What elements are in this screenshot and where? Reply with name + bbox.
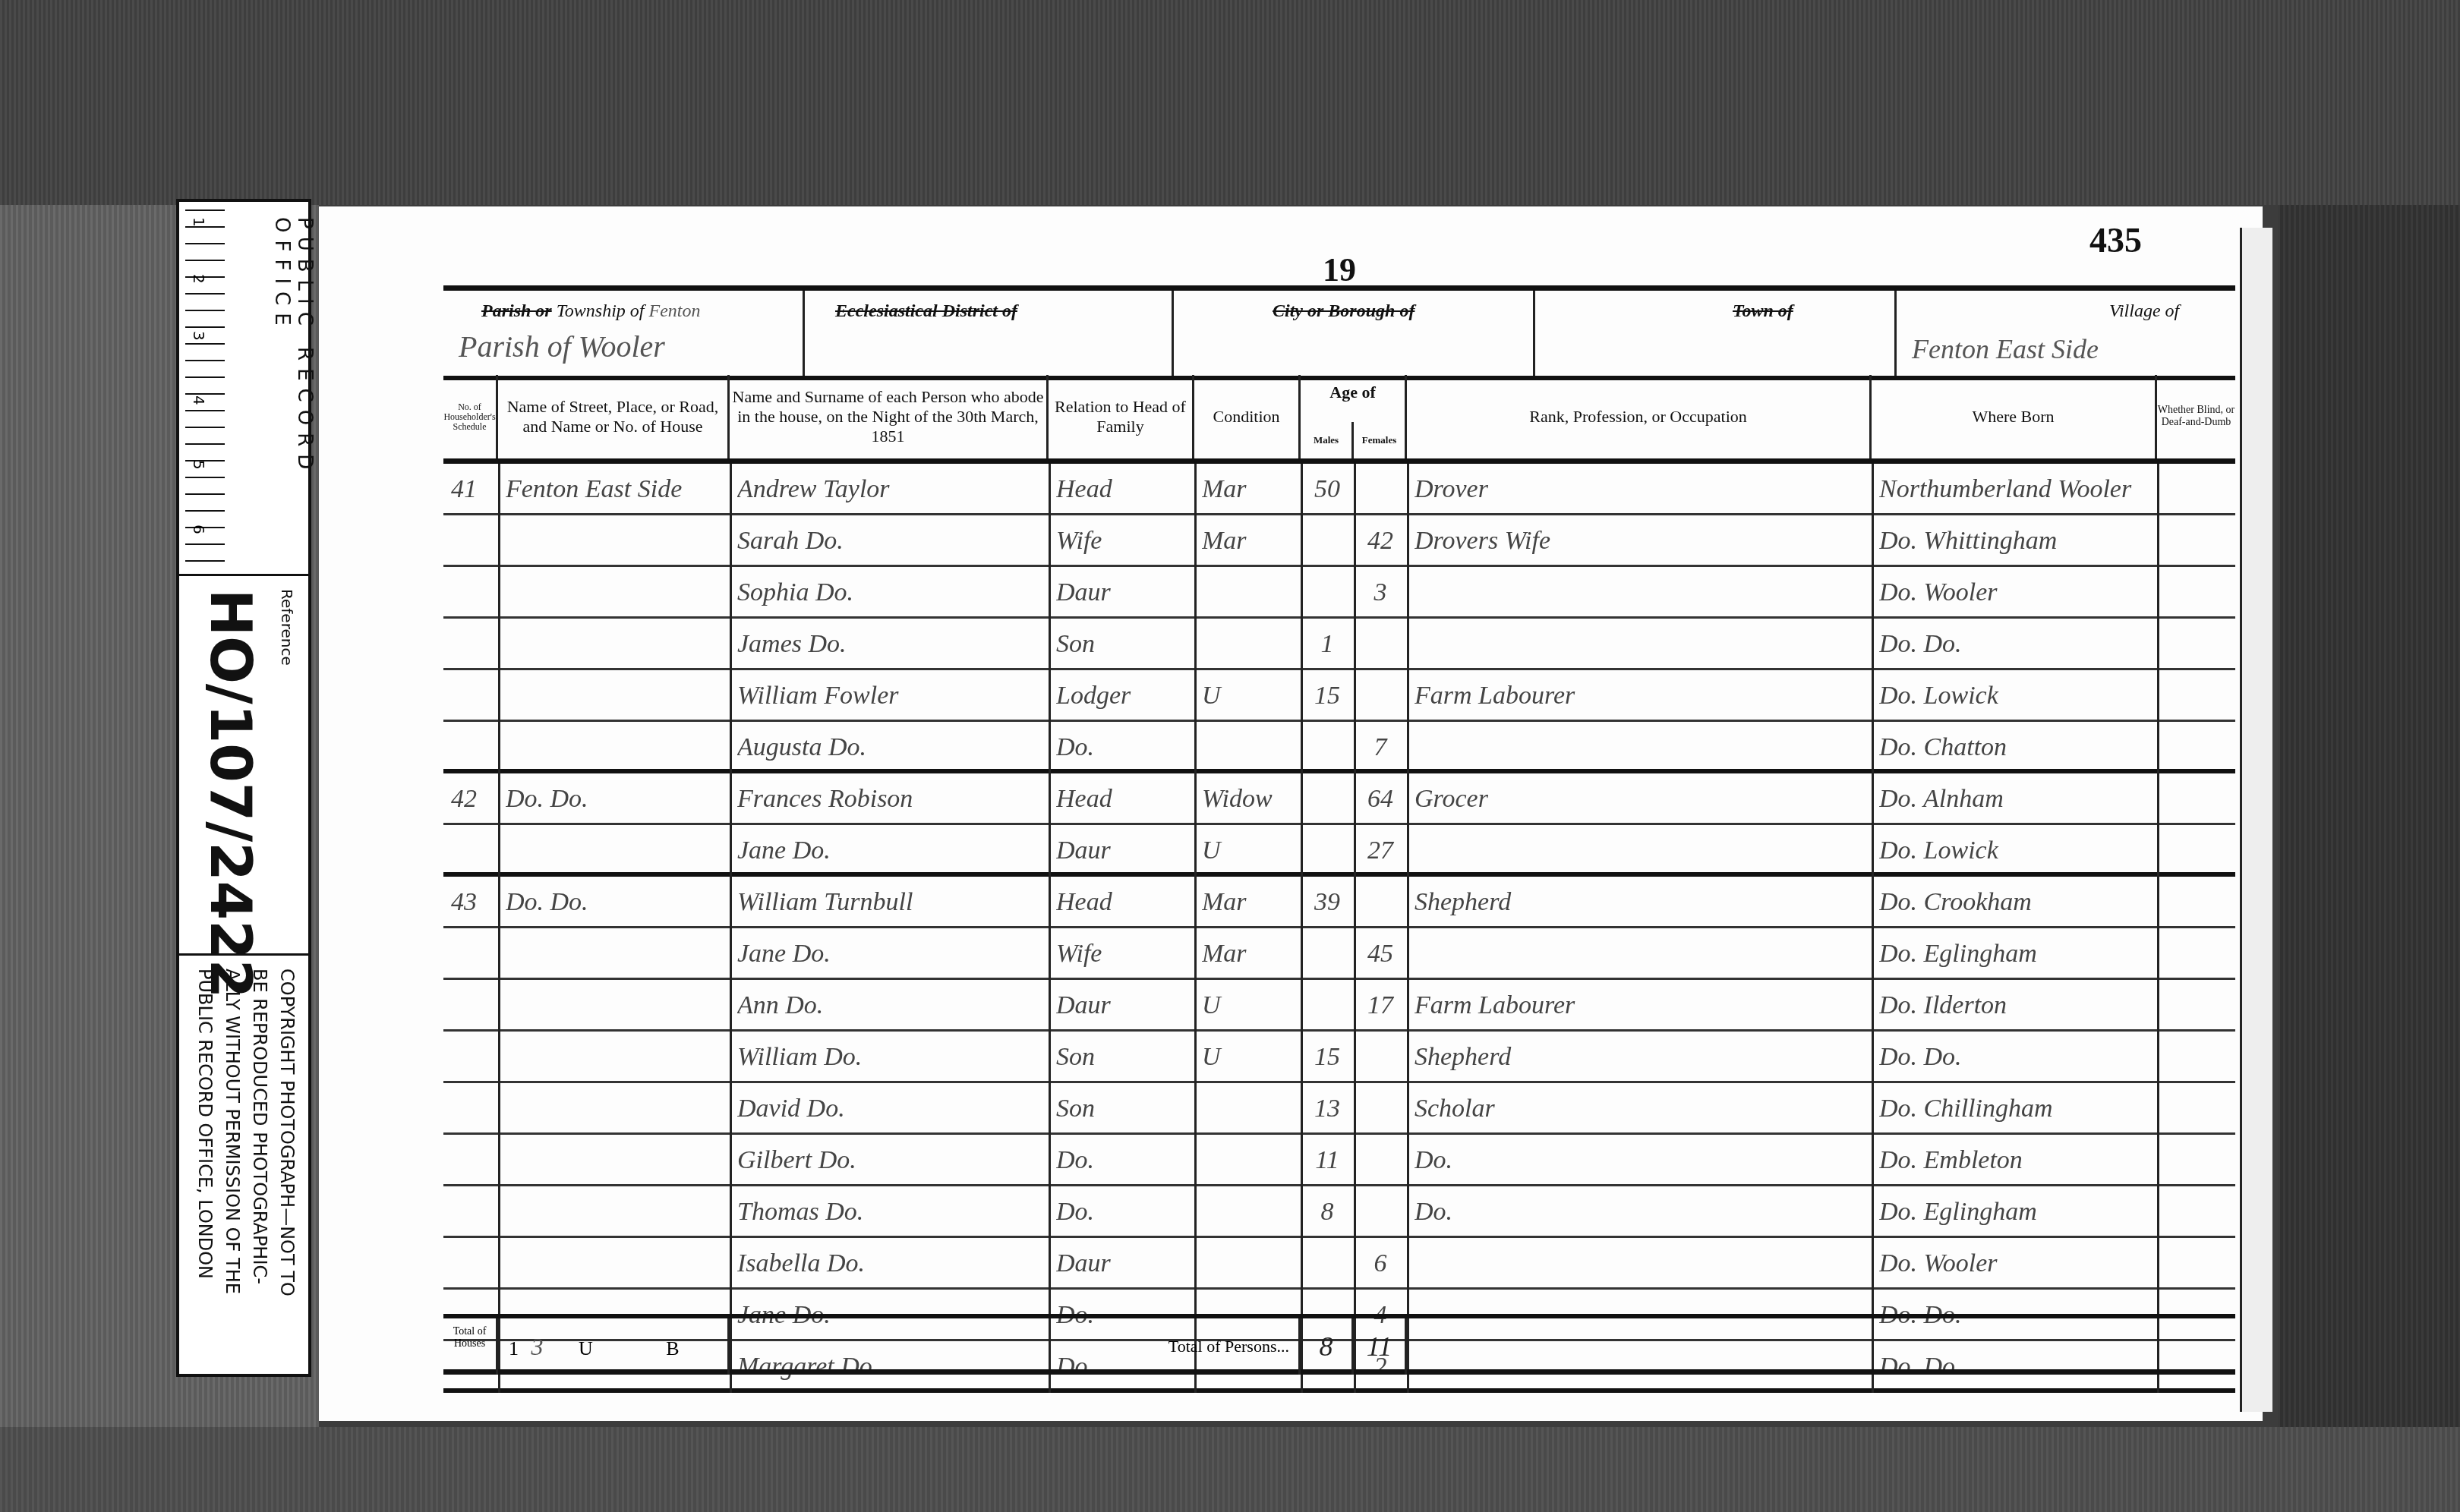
- col-name: Name and Surname of each Person who abod…: [730, 375, 1049, 458]
- street-cell: [506, 722, 727, 773]
- condition-cell: Mar: [1202, 877, 1298, 928]
- name-cell: Sarah Do.: [737, 515, 1045, 567]
- birthplace-cell: Northumberland Wooler: [1879, 464, 2154, 515]
- col-males: Males: [1301, 422, 1354, 458]
- birthplace-cell: Do. Wooler: [1879, 567, 2154, 619]
- birthplace-cell: Do. Do.: [1879, 619, 2154, 670]
- street-cell: Do. Do.: [506, 773, 727, 825]
- male-age-cell: 50: [1301, 464, 1354, 515]
- female-age-cell: 7: [1354, 722, 1407, 773]
- occupation-cell: [1414, 825, 1869, 877]
- male-age-cell: [1301, 515, 1354, 567]
- column-divider: [498, 464, 500, 1393]
- copyright-notice: COPYRIGHT PHOTOGRAPH—NOT TO BE REPRODUCE…: [191, 969, 301, 1296]
- col-occupation: Rank, Profession, or Occupation: [1407, 375, 1872, 458]
- street-cell: [506, 1032, 727, 1083]
- relation-cell: Do.: [1056, 722, 1191, 773]
- table-row: Jane Do.WifeMar45Do. Eglingham: [443, 928, 2235, 980]
- birthplace-cell: Do. Do.: [1879, 1032, 2154, 1083]
- female-age-cell: [1354, 1083, 1407, 1135]
- condition-cell: [1202, 619, 1298, 670]
- female-age-cell: 6: [1354, 1238, 1407, 1290]
- males-total: 8: [1301, 1318, 1354, 1375]
- street-cell: [506, 980, 727, 1032]
- occupation-cell: Grocer: [1414, 773, 1869, 825]
- cm-6: 6: [190, 524, 208, 534]
- male-age-cell: [1301, 567, 1354, 619]
- name-cell: James Do.: [737, 619, 1045, 670]
- header-rule: [443, 458, 2235, 464]
- condition-cell: Mar: [1202, 464, 1298, 515]
- street-cell: [506, 1238, 727, 1290]
- female-age-cell: [1354, 1135, 1407, 1186]
- background-top: [0, 0, 2460, 205]
- condition-cell: [1202, 1186, 1298, 1238]
- condition-cell: U: [1202, 980, 1298, 1032]
- male-age-cell: [1301, 722, 1354, 773]
- relation-cell: Head: [1056, 773, 1191, 825]
- reference-value: HO/107/2422: [197, 589, 263, 998]
- female-age-cell: [1354, 670, 1407, 722]
- column-divider: [1407, 464, 1409, 1393]
- male-age-cell: [1301, 980, 1354, 1032]
- street-cell: [506, 619, 727, 670]
- schedule-cell: [451, 1032, 495, 1083]
- houses-inhabited-written: 3: [531, 1333, 544, 1360]
- column-divider: [1194, 464, 1197, 1393]
- occupation-cell: Drovers Wife: [1414, 515, 1869, 567]
- col-condition: Condition: [1194, 375, 1301, 458]
- name-cell: Jane Do.: [737, 825, 1045, 877]
- ruler: PUBLIC RECORD OFFICE 1 2 3 4 5 6: [179, 202, 308, 576]
- street-cell: [506, 928, 727, 980]
- folio-number: 19: [1323, 250, 1356, 289]
- occupation-cell: Farm Labourer: [1414, 980, 1869, 1032]
- reference-strip: PUBLIC RECORD OFFICE 1 2 3 4 5 6 Referen…: [176, 199, 311, 1377]
- occupation-cell: Shepherd: [1414, 1032, 1869, 1083]
- col-blind: Whether Blind, or Deaf-and-Dumb: [2157, 375, 2235, 458]
- houses-label: Total of Houses: [443, 1318, 498, 1375]
- street-cell: [506, 825, 727, 877]
- occupation-cell: Drover: [1414, 464, 1869, 515]
- female-age-cell: 64: [1354, 773, 1407, 825]
- relation-cell: Daur: [1056, 1238, 1191, 1290]
- location-header: Parish or Township of Fenton Parish of W…: [443, 285, 2235, 380]
- ecclesiastical-label: Ecclesiastical District of: [835, 301, 1017, 322]
- condition-cell: [1202, 1083, 1298, 1135]
- copyright-box: COPYRIGHT PHOTOGRAPH—NOT TO BE REPRODUCE…: [179, 953, 308, 1378]
- village-label: Village of: [2109, 301, 2179, 322]
- birthplace-cell: Do. Whittingham: [1879, 515, 2154, 567]
- table-row: Sophia Do.Daur3Do. Wooler: [443, 567, 2235, 619]
- town-cell: Town of: [1535, 291, 1897, 376]
- occupation-cell: [1414, 928, 1869, 980]
- street-cell: [506, 1135, 727, 1186]
- houses-counts: 1 3 U B: [498, 1318, 730, 1375]
- occupation-cell: Farm Labourer: [1414, 670, 1869, 722]
- birthplace-cell: Do. Embleton: [1879, 1135, 2154, 1186]
- table-row: 43Do. Do.William TurnbullHeadMar39Shephe…: [443, 877, 2235, 928]
- occupation-cell: [1414, 1238, 1869, 1290]
- name-cell: Sophia Do.: [737, 567, 1045, 619]
- female-age-cell: 3: [1354, 567, 1407, 619]
- reference-label: Reference: [278, 589, 296, 666]
- table-row: 42Do. Do.Frances RobisonHeadWidow64Groce…: [443, 773, 2235, 825]
- name-cell: Isabella Do.: [737, 1238, 1045, 1290]
- occupation-cell: Shepherd: [1414, 877, 1869, 928]
- table-row: Gilbert Do.Do.11Do.Do. Embleton: [443, 1135, 2235, 1186]
- relation-cell: Daur: [1056, 980, 1191, 1032]
- column-divider: [1301, 464, 1303, 1393]
- female-age-cell: [1354, 877, 1407, 928]
- name-cell: William Turnbull: [737, 877, 1045, 928]
- birthplace-cell: Do. Chillingham: [1879, 1083, 2154, 1135]
- schedule-cell: [451, 722, 495, 773]
- street-cell: Do. Do.: [506, 877, 727, 928]
- birthplace-cell: Do. Eglingham: [1879, 928, 2154, 980]
- name-cell: Jane Do.: [737, 928, 1045, 980]
- relation-cell: Daur: [1056, 825, 1191, 877]
- name-cell: Ann Do.: [737, 980, 1045, 1032]
- birthplace-cell: Do. Wooler: [1879, 1238, 2154, 1290]
- city-cell: City or Borough of: [1174, 291, 1535, 376]
- relation-cell: Daur: [1056, 567, 1191, 619]
- city-label: City or Borough of: [1273, 301, 1414, 322]
- female-age-cell: 17: [1354, 980, 1407, 1032]
- table-row: Ann Do.DaurU17Farm LabourerDo. Ilderton: [443, 980, 2235, 1032]
- occupation-cell: Scholar: [1414, 1083, 1869, 1135]
- office-label: PUBLIC RECORD OFFICE: [270, 217, 316, 574]
- occupation-cell: [1414, 567, 1869, 619]
- condition-cell: U: [1202, 1032, 1298, 1083]
- column-divider: [1049, 464, 1051, 1393]
- column-divider: [2157, 464, 2159, 1393]
- male-age-cell: [1301, 825, 1354, 877]
- schedule-cell: [451, 567, 495, 619]
- birthplace-cell: Do. Lowick: [1879, 825, 2154, 877]
- houses-building: B: [666, 1337, 679, 1359]
- column-divider: [1872, 464, 1874, 1393]
- male-age-cell: 15: [1301, 670, 1354, 722]
- persons-label: Total of Persons...: [730, 1318, 1301, 1375]
- birthplace-cell: Do. Eglingham: [1879, 1186, 2154, 1238]
- table-row: Augusta Do.Do.7Do. Chatton: [443, 722, 2235, 773]
- relation-cell: Do.: [1056, 1135, 1191, 1186]
- schedule-cell: [451, 1135, 495, 1186]
- male-age-cell: 1: [1301, 619, 1354, 670]
- relation-cell: Son: [1056, 619, 1191, 670]
- occupation-cell: Do.: [1414, 1186, 1869, 1238]
- females-total: 11: [1354, 1318, 1407, 1375]
- col-females: Females: [1354, 422, 1407, 458]
- cm-1: 1: [190, 217, 208, 227]
- schedule-cell: [451, 1238, 495, 1290]
- male-age-cell: 39: [1301, 877, 1354, 928]
- relation-cell: Wife: [1056, 928, 1191, 980]
- table-row: Thomas Do.Do.8Do.Do. Eglingham: [443, 1186, 2235, 1238]
- relation-cell: Head: [1056, 877, 1191, 928]
- table-row: Jane Do.DaurU27Do. Lowick: [443, 825, 2235, 877]
- relation-cell: Son: [1056, 1083, 1191, 1135]
- condition-cell: U: [1202, 825, 1298, 877]
- cm-4: 4: [190, 395, 208, 405]
- name-cell: Augusta Do.: [737, 722, 1045, 773]
- table-row: Sarah Do.WifeMar42Drovers WifeDo. Whitti…: [443, 515, 2235, 567]
- houses-inhabited: 1: [509, 1337, 519, 1359]
- schedule-cell: [451, 515, 495, 567]
- col-street: Name of Street, Place, or Road, and Name…: [498, 375, 730, 458]
- name-cell: William Fowler: [737, 670, 1045, 722]
- ruler-ticks: [185, 209, 225, 566]
- female-age-cell: [1354, 619, 1407, 670]
- birthplace-cell: Do. Crookham: [1879, 877, 2154, 928]
- female-age-cell: [1354, 1186, 1407, 1238]
- street-cell: [506, 1186, 727, 1238]
- census-form: Parish or Township of Fenton Parish of W…: [443, 285, 2235, 1394]
- col-relation: Relation to Head of Family: [1049, 375, 1194, 458]
- cm-5: 5: [190, 460, 208, 470]
- schedule-cell: [451, 1186, 495, 1238]
- schedule-cell: [451, 1083, 495, 1135]
- name-cell: Gilbert Do.: [737, 1135, 1045, 1186]
- birthplace-cell: Do. Alnham: [1879, 773, 2154, 825]
- ecclesiastical-cell: Ecclesiastical District of: [805, 291, 1174, 376]
- street-cell: [506, 670, 727, 722]
- schedule-cell: [451, 670, 495, 722]
- condition-cell: [1202, 1135, 1298, 1186]
- village-value: Fenton East Side: [1912, 333, 2099, 365]
- male-age-cell: [1301, 928, 1354, 980]
- condition-cell: Mar: [1202, 515, 1298, 567]
- reference-box: Reference HO/107/2422: [179, 574, 308, 956]
- totals-row: Total of Houses 1 3 U B Total of Persons…: [443, 1314, 2235, 1375]
- street-cell: [506, 567, 727, 619]
- female-age-cell: 42: [1354, 515, 1407, 567]
- occupation-cell: [1414, 722, 1869, 773]
- schedule-cell: 41: [451, 464, 495, 515]
- table-row: James Do.Son1Do. Do.: [443, 619, 2235, 670]
- town-label: Town of: [1733, 301, 1793, 322]
- female-age-cell: 27: [1354, 825, 1407, 877]
- table-row: William Do.SonU15ShepherdDo. Do.: [443, 1032, 2235, 1083]
- relation-cell: Son: [1056, 1032, 1191, 1083]
- name-cell: Andrew Taylor: [737, 464, 1045, 515]
- condition-cell: [1202, 1238, 1298, 1290]
- condition-cell: U: [1202, 670, 1298, 722]
- village-cell: Village of Fenton East Side: [1897, 291, 2235, 376]
- schedule-cell: 43: [451, 877, 495, 928]
- female-age-cell: [1354, 464, 1407, 515]
- background-right: [2278, 205, 2460, 1512]
- cm-2: 2: [190, 274, 208, 284]
- male-age-cell: 15: [1301, 1032, 1354, 1083]
- column-divider: [1354, 464, 1356, 1393]
- houses-uninhabited: U: [579, 1337, 593, 1359]
- male-age-cell: 11: [1301, 1135, 1354, 1186]
- male-age-cell: [1301, 1238, 1354, 1290]
- street-cell: [506, 515, 727, 567]
- occupation-cell: Do.: [1414, 1135, 1869, 1186]
- schedule-cell: 42: [451, 773, 495, 825]
- female-age-cell: 45: [1354, 928, 1407, 980]
- cm-3: 3: [190, 331, 208, 341]
- name-cell: David Do.: [737, 1083, 1045, 1135]
- occupation-cell: [1414, 619, 1869, 670]
- stamp-number: 435: [2089, 220, 2142, 260]
- parish-label: Parish or Township of Fenton: [481, 301, 701, 322]
- male-age-cell: 8: [1301, 1186, 1354, 1238]
- birthplace-cell: Do. Ilderton: [1879, 980, 2154, 1032]
- street-cell: [506, 1083, 727, 1135]
- table-row: David Do.Son13ScholarDo. Chillingham: [443, 1083, 2235, 1135]
- parish-cell: Parish or Township of Fenton Parish of W…: [443, 291, 805, 376]
- street-cell: Fenton East Side: [506, 464, 727, 515]
- column-divider: [730, 464, 732, 1393]
- female-age-cell: [1354, 1032, 1407, 1083]
- birthplace-cell: Do. Chatton: [1879, 722, 2154, 773]
- table-row: William FowlerLodgerU15Farm LabourerDo. …: [443, 670, 2235, 722]
- condition-cell: [1202, 722, 1298, 773]
- relation-cell: Wife: [1056, 515, 1191, 567]
- name-cell: Frances Robison: [737, 773, 1045, 825]
- schedule-cell: [451, 980, 495, 1032]
- male-age-cell: 13: [1301, 1083, 1354, 1135]
- condition-cell: Mar: [1202, 928, 1298, 980]
- schedule-cell: [451, 928, 495, 980]
- col-schedule: No. of Householder's Schedule: [443, 375, 498, 458]
- background-bottom: [0, 1427, 2460, 1512]
- schedule-cell: [451, 619, 495, 670]
- relation-cell: Lodger: [1056, 670, 1191, 722]
- schedule-cell: [451, 825, 495, 877]
- page-edge: [2240, 228, 2272, 1412]
- condition-cell: Widow: [1202, 773, 1298, 825]
- name-cell: Thomas Do.: [737, 1186, 1045, 1238]
- relation-cell: Head: [1056, 464, 1191, 515]
- col-born: Where Born: [1872, 375, 2157, 458]
- birthplace-cell: Do. Lowick: [1879, 670, 2154, 722]
- table-row: Isabella Do.Daur6Do. Wooler: [443, 1238, 2235, 1290]
- parish-value: Parish of Wooler: [459, 329, 665, 364]
- name-cell: William Do.: [737, 1032, 1045, 1083]
- condition-cell: [1202, 567, 1298, 619]
- table-row: 41Fenton East SideAndrew TaylorHeadMar50…: [443, 464, 2235, 515]
- male-age-cell: [1301, 773, 1354, 825]
- relation-cell: Do.: [1056, 1186, 1191, 1238]
